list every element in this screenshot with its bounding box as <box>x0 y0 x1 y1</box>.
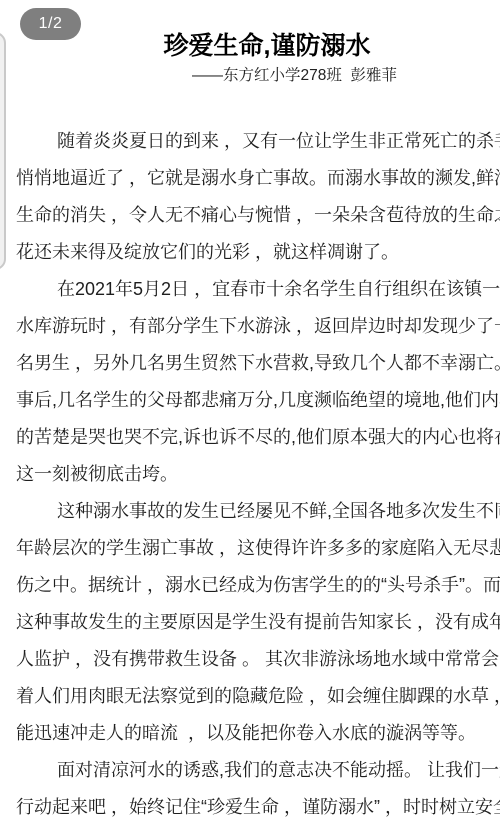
text-line: 着人们用肉眼无法察觉到的隐藏危险 ，如会缠住脚踝的水草 ， <box>0 678 500 715</box>
text-line: 事后,几名学生的父母都悲痛万分,几度濒临绝望的境地,他们内心 <box>0 382 500 419</box>
text-line: 花还未来得及绽放它们的光彩 ，就这样凋谢了。 <box>0 234 500 271</box>
document-body: 随着炎炎夏日的到来 ，又有一位让学生非正常死亡的杀手悄悄地逼近了 ，它就是溺水身… <box>0 123 500 826</box>
text-line: 名男生 ，另外几名男生贸然下水营救,导致几个人都不幸溺亡。 <box>0 345 500 382</box>
text-line: 年龄层次的学生溺亡事故 ，这使得许许多多的家庭陷入无尽悲 <box>0 530 500 567</box>
text-line: 伤之中。据统计 ，溺水已经成为伤害学生的的“头号杀手”。而 <box>0 567 500 604</box>
text-line: 能迅速冲走人的暗流 ，以及能把你卷入水底的漩涡等等。 <box>0 715 500 752</box>
text-line: 随着炎炎夏日的到来 ，又有一位让学生非正常死亡的杀手 <box>0 123 500 160</box>
document-title: 珍爱生命,谨防溺水 <box>0 26 500 62</box>
text-line: 这种溺水事故的发生已经屡见不鲜,全国各地多次发生不同 <box>0 493 500 530</box>
text-line: 在2021年5月2日 ，宜春市十余名学生自行组织在该镇一 <box>0 271 500 308</box>
text-line: 人监护 ，没有携带救生设备 。 其次非游泳场地水域中常常会 <box>0 641 500 678</box>
document-byline: ——东方红小学278班 彭雅菲 <box>0 63 397 85</box>
text-line: 悄悄地逼近了 ，它就是溺水身亡事故。而溺水事故的濒发,鲜活 <box>0 160 500 197</box>
document-page[interactable]: 1/2 珍爱生命,谨防溺水 ——东方红小学278班 彭雅菲 随着炎炎夏日的到来 … <box>0 0 500 829</box>
text-line: 行动起来吧 ，始终记住“珍爱生命 ，谨防溺水” ，时时树立安全 <box>0 789 500 826</box>
text-line: 面对清凉河水的诱惑,我们的意志决不能动摇。 让我们一起 <box>0 752 500 789</box>
text-line: 这一刻被彻底击垮。 <box>0 456 500 493</box>
text-line: 生命的消失 ，令人无不痛心与惋惜 ，一朵朵含苞待放的生命之 <box>0 197 500 234</box>
text-line: 水库游玩时 ，有部分学生下水游泳 ，返回岸边时却发现少了一 <box>0 308 500 345</box>
text-line: 这种事故发生的主要原因是学生没有提前告知家长 ，没有成年 <box>0 604 500 641</box>
text-line: 的苦楚是哭也哭不完,诉也诉不尽的,他们原本强大的内心也将在 <box>0 419 500 456</box>
